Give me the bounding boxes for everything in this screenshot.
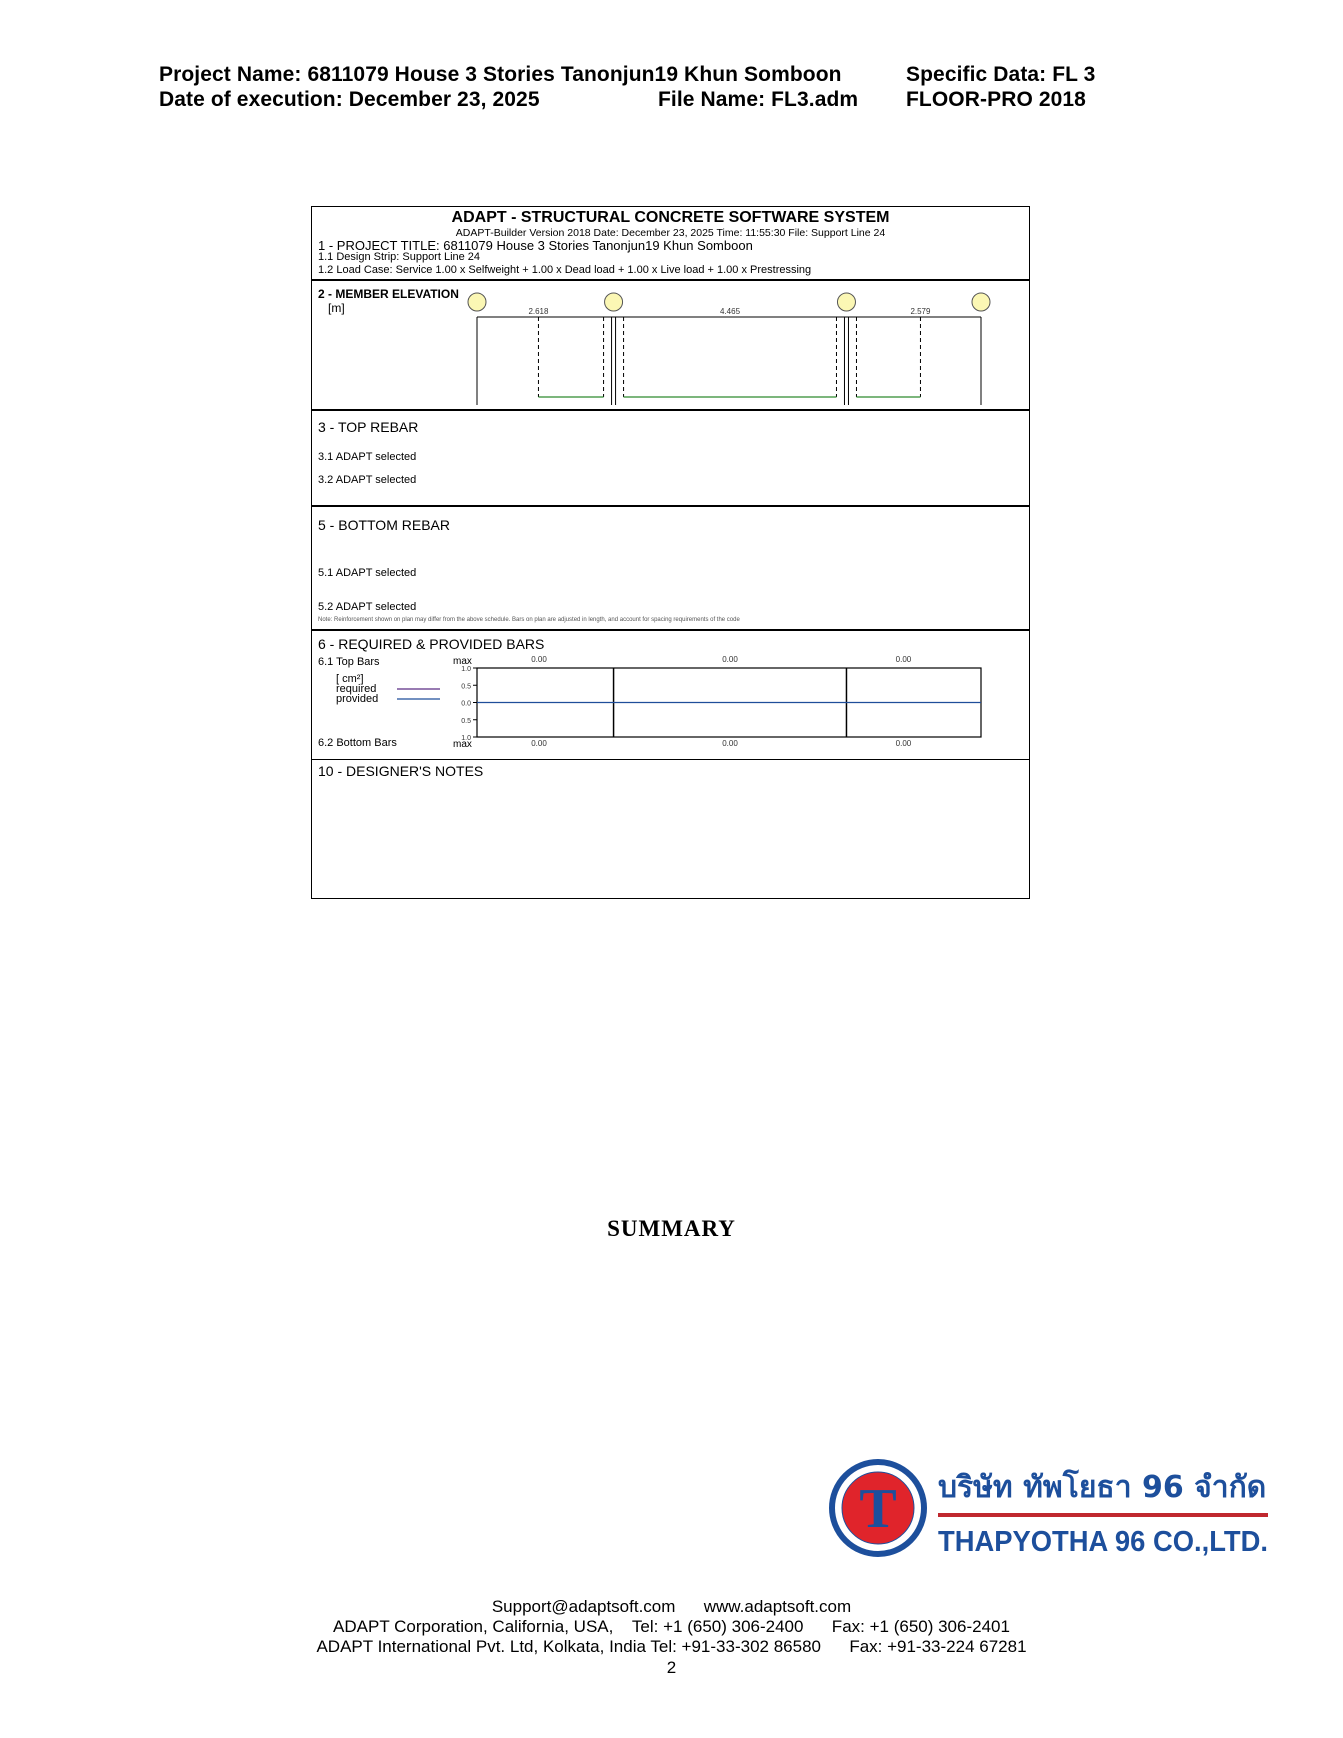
top-rebar-item: 3.1 ADAPT selected (318, 451, 416, 463)
specific-data: Specific Data: FL 3 (906, 63, 1095, 87)
svg-text:max: max (453, 656, 472, 667)
svg-text:0.00: 0.00 (722, 739, 738, 748)
software-name: FLOOR-PRO 2018 (906, 88, 1086, 112)
svg-text:2.579: 2.579 (910, 307, 931, 316)
section-member-elevation: 2 - MEMBER ELEVATION [m] 2.6184.4652.579 (312, 281, 1029, 411)
design-strip: 1.1 Design Strip: Support Line 24 (318, 251, 480, 263)
summary-title: SUMMARY (0, 1216, 1343, 1242)
top-rebar-heading: 3 - TOP REBAR (318, 419, 418, 435)
designer-notes-heading: 10 - DESIGNER'S NOTES (318, 763, 483, 779)
svg-text:0.0: 0.0 (461, 701, 471, 708)
section-project-info: ADAPT - STRUCTURAL CONCRETE SOFTWARE SYS… (312, 207, 1029, 281)
report-box: ADAPT - STRUCTURAL CONCRETE SOFTWARE SYS… (311, 206, 1030, 899)
company-logo: T บริษัท ทัพโยธา 96 จำกัด THAPYOTHA 96 C… (826, 1447, 1286, 1569)
svg-text:4.465: 4.465 (720, 307, 741, 316)
page-number: 2 (0, 1658, 1343, 1678)
svg-text:บริษัท ทัพโยธา 96 จำกัด: บริษัท ทัพโยธา 96 จำกัด (938, 1468, 1266, 1505)
report-title: ADAPT - STRUCTURAL CONCRETE SOFTWARE SYS… (312, 209, 1029, 227)
footer-india-office: ADAPT International Pvt. Ltd, Kolkata, I… (0, 1637, 1343, 1657)
rebar-note: Note: Reinforcement shown on plan may di… (318, 617, 740, 623)
svg-text:0.00: 0.00 (531, 655, 547, 664)
svg-text:2.618: 2.618 (528, 307, 549, 316)
footer-us-office: ADAPT Corporation, California, USA, Tel:… (0, 1617, 1343, 1637)
section-top-rebar: 3 - TOP REBAR 3.1 ADAPT selected 3.2 ADA… (312, 411, 1029, 507)
svg-text:0.00: 0.00 (896, 739, 912, 748)
file-name: File Name: FL3.adm (658, 88, 858, 112)
svg-text:T: T (859, 1478, 896, 1540)
bottom-rebar-heading: 5 - BOTTOM REBAR (318, 517, 450, 533)
section-designer-notes: 10 - DESIGNER'S NOTES (312, 760, 1029, 898)
svg-text:0.5: 0.5 (461, 718, 471, 725)
date-of-execution: Date of execution: December 23, 2025 (159, 88, 540, 112)
project-name: Project Name: 6811079 House 3 Stories Ta… (159, 63, 842, 87)
footer-contact: Support@adaptsoft.com www.adaptsoft.com (0, 1597, 1343, 1617)
member-elevation-diagram: 2.6184.4652.579 (312, 281, 1028, 409)
bottom-rebar-item: 5.1 ADAPT selected (318, 567, 416, 579)
svg-text:0.00: 0.00 (531, 739, 547, 748)
svg-text:THAPYOTHA 96 CO.,LTD.: THAPYOTHA 96 CO.,LTD. (938, 1526, 1268, 1558)
svg-text:0.00: 0.00 (722, 655, 738, 664)
bottom-rebar-item: 5.2 ADAPT selected (318, 601, 416, 613)
svg-text:max: max (453, 739, 472, 750)
section-required-provided: 6 - REQUIRED & PROVIDED BARS 6.1 Top Bar… (312, 631, 1029, 760)
section-bottom-rebar: 5 - BOTTOM REBAR 5.1 ADAPT selected 5.2 … (312, 507, 1029, 631)
svg-text:0.00: 0.00 (896, 655, 912, 664)
load-case: 1.2 Load Case: Service 1.00 x Selfweight… (318, 264, 811, 276)
top-rebar-item: 3.2 ADAPT selected (318, 474, 416, 486)
svg-text:0.5: 0.5 (461, 683, 471, 690)
svg-text:1.0: 1.0 (461, 666, 471, 673)
required-provided-chart: 1.00.50.00.51.0maxmax0.000.000.000.000.0… (312, 631, 1028, 759)
